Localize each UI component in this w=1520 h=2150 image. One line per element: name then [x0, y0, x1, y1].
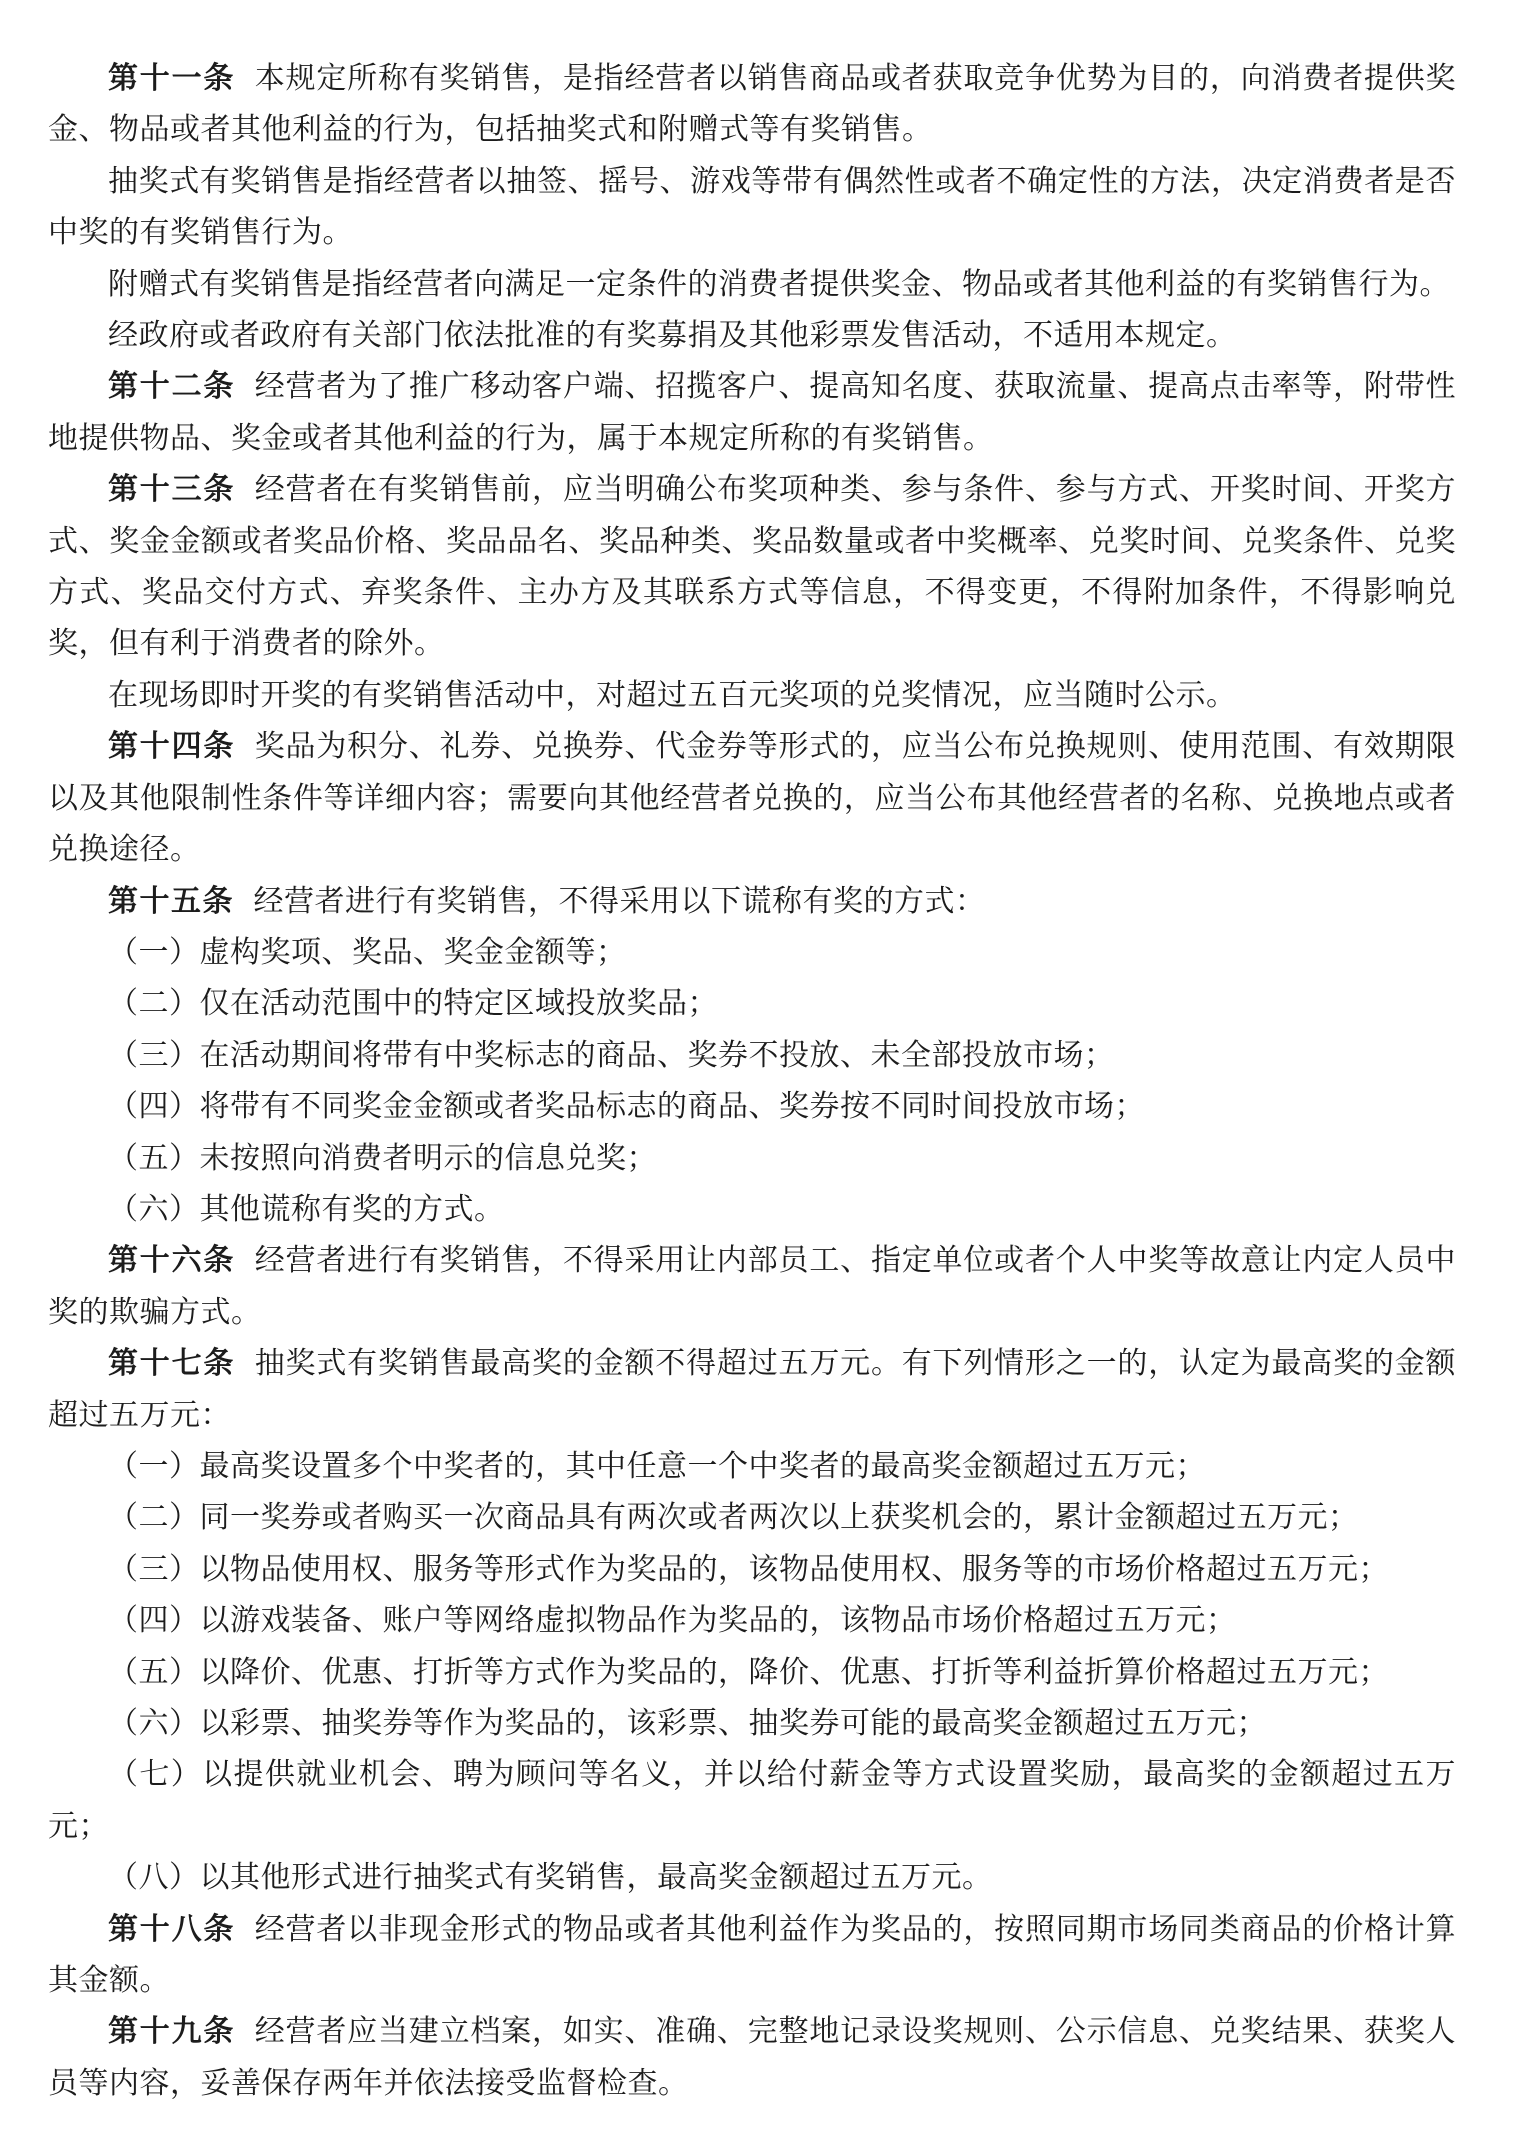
paragraph-text: （一）最高奖设置多个中奖者的，其中任意一个中奖者的最高奖金额超过五万元；: [108, 1450, 1206, 1483]
list-item-paragraph: （六）以彩票、抽奖券等作为奖品的，该彩票、抽奖券可能的最高奖金额超过五万元；: [48, 1698, 1456, 1749]
list-item-paragraph: （四）以游戏装备、账户等网络虚拟物品作为奖品的，该物品市场价格超过五万元；: [48, 1595, 1456, 1646]
article-number: 第十二条: [108, 370, 235, 403]
article-paragraph: 第十九条经营者应当建立档案，如实、准确、完整地记录设奖规则、公示信息、兑奖结果、…: [48, 2006, 1456, 2109]
article-paragraph: 第十三条经营者在有奖销售前，应当明确公布奖项种类、参与条件、参与方式、开奖时间、…: [48, 464, 1456, 670]
list-item-paragraph: （一）最高奖设置多个中奖者的，其中任意一个中奖者的最高奖金额超过五万元；: [48, 1441, 1456, 1492]
article-number: 第十四条: [108, 730, 235, 763]
article-number: 第十三条: [108, 473, 235, 506]
list-item-paragraph: （四）将带有不同奖金金额或者奖品标志的商品、奖券按不同时间投放市场；: [48, 1081, 1456, 1132]
document-page: 第十一条本规定所称有奖销售，是指经营者以销售商品或者获取竞争优势为目的，向消费者…: [0, 0, 1520, 2150]
paragraph-text: 抽奖式有奖销售最高奖的金额不得超过五万元。有下列情形之一的，认定为最高奖的金额超…: [48, 1347, 1456, 1431]
paragraph-text: 在现场即时开奖的有奖销售活动中，对超过五百元奖项的兑奖情况，应当随时公示。: [108, 679, 1237, 712]
paragraph-text: （一）虚构奖项、奖品、奖金金额等；: [108, 936, 627, 969]
article-paragraph: 第十六条经营者进行有奖销售，不得采用让内部员工、指定单位或者个人中奖等故意让内定…: [48, 1235, 1456, 1338]
paragraph-text: （七）以提供就业机会、聘为顾问等名义，并以给付薪金等方式设置奖励，最高奖的金额超…: [48, 1758, 1456, 1842]
list-item-paragraph: （八）以其他形式进行抽奖式有奖销售，最高奖金额超过五万元。: [48, 1852, 1456, 1903]
article-paragraph: 第十一条本规定所称有奖销售，是指经营者以销售商品或者获取竞争优势为目的，向消费者…: [48, 53, 1456, 156]
paragraph-text: （二）同一奖券或者购买一次商品具有两次或者两次以上获奖机会的，累计金额超过五万元…: [108, 1501, 1359, 1534]
list-item-paragraph: （五）未按照向消费者明示的信息兑奖；: [48, 1133, 1456, 1184]
article-number: 第十一条: [108, 62, 235, 95]
paragraph-text: 本规定所称有奖销售，是指经营者以销售商品或者获取竞争优势为目的，向消费者提供奖金…: [48, 62, 1456, 146]
list-item-paragraph: （一）虚构奖项、奖品、奖金金额等；: [48, 927, 1456, 978]
paragraph-text: 经政府或者政府有关部门依法批准的有奖募捐及其他彩票发售活动，不适用本规定。: [108, 319, 1237, 352]
paragraph-text: （四）将带有不同奖金金额或者奖品标志的商品、奖券按不同时间投放市场；: [108, 1090, 1145, 1123]
document-body: 第十一条本规定所称有奖销售，是指经营者以销售商品或者获取竞争优势为目的，向消费者…: [48, 53, 1456, 2109]
paragraph-text: （四）以游戏装备、账户等网络虚拟物品作为奖品的，该物品市场价格超过五万元；: [108, 1604, 1237, 1637]
article-paragraph: 第十二条经营者为了推广移动客户端、招揽客户、提高知名度、获取流量、提高点击率等，…: [48, 361, 1456, 464]
article-number: 第十八条: [108, 1913, 235, 1946]
paragraph-text: （二）仅在活动范围中的特定区域投放奖品；: [108, 987, 718, 1020]
article-paragraph: 第十七条抽奖式有奖销售最高奖的金额不得超过五万元。有下列情形之一的，认定为最高奖…: [48, 1338, 1456, 1441]
paragraph-text: （三）在活动期间将带有中奖标志的商品、奖券不投放、未全部投放市场；: [108, 1039, 1115, 1072]
article-number: 第十九条: [108, 2015, 235, 2048]
article-number: 第十六条: [108, 1244, 235, 1277]
paragraph-text: 奖品为积分、礼券、兑换券、代金券等形式的，应当公布兑换规则、使用范围、有效期限以…: [48, 730, 1456, 866]
list-item-paragraph: （五）以降价、优惠、打折等方式作为奖品的，降价、优惠、打折等利益折算价格超过五万…: [48, 1647, 1456, 1698]
paragraph-text: 经营者在有奖销售前，应当明确公布奖项种类、参与条件、参与方式、开奖时间、开奖方式…: [48, 473, 1456, 660]
paragraph-text: （八）以其他形式进行抽奖式有奖销售，最高奖金额超过五万元。: [108, 1861, 993, 1894]
body-paragraph: 抽奖式有奖销售是指经营者以抽签、摇号、游戏等带有偶然性或者不确定性的方法，决定消…: [48, 156, 1456, 259]
list-item-paragraph: （三）以物品使用权、服务等形式作为奖品的，该物品使用权、服务等的市场价格超过五万…: [48, 1544, 1456, 1595]
paragraph-text: 经营者进行有奖销售，不得采用让内部员工、指定单位或者个人中奖等故意让内定人员中奖…: [48, 1244, 1456, 1328]
paragraph-text: 抽奖式有奖销售是指经营者以抽签、摇号、游戏等带有偶然性或者不确定性的方法，决定消…: [48, 165, 1456, 249]
paragraph-text: 附赠式有奖销售是指经营者向满足一定条件的消费者提供奖金、物品或者其他利益的有奖销…: [108, 268, 1450, 301]
list-item-paragraph: （二）同一奖券或者购买一次商品具有两次或者两次以上获奖机会的，累计金额超过五万元…: [48, 1492, 1456, 1543]
list-item-paragraph: （七）以提供就业机会、聘为顾问等名义，并以给付薪金等方式设置奖励，最高奖的金额超…: [48, 1749, 1456, 1852]
article-number: 第十五条: [108, 885, 234, 918]
paragraph-text: 经营者为了推广移动客户端、招揽客户、提高知名度、获取流量、提高点击率等，附带性地…: [48, 370, 1456, 454]
article-number: 第十七条: [108, 1347, 235, 1380]
paragraph-text: （五）未按照向消费者明示的信息兑奖；: [108, 1142, 657, 1175]
paragraph-text: （三）以物品使用权、服务等形式作为奖品的，该物品使用权、服务等的市场价格超过五万…: [108, 1553, 1389, 1586]
list-item-paragraph: （六）其他谎称有奖的方式。: [48, 1184, 1456, 1235]
article-paragraph: 第十五条经营者进行有奖销售，不得采用以下谎称有奖的方式：: [48, 876, 1456, 927]
body-paragraph: 附赠式有奖销售是指经营者向满足一定条件的消费者提供奖金、物品或者其他利益的有奖销…: [48, 259, 1456, 310]
list-item-paragraph: （二）仅在活动范围中的特定区域投放奖品；: [48, 978, 1456, 1029]
body-paragraph: 经政府或者政府有关部门依法批准的有奖募捐及其他彩票发售活动，不适用本规定。: [48, 310, 1456, 361]
body-paragraph: 在现场即时开奖的有奖销售活动中，对超过五百元奖项的兑奖情况，应当随时公示。: [48, 670, 1456, 721]
article-paragraph: 第十四条奖品为积分、礼券、兑换券、代金券等形式的，应当公布兑换规则、使用范围、有…: [48, 721, 1456, 875]
paragraph-text: 经营者进行有奖销售，不得采用以下谎称有奖的方式：: [254, 885, 986, 918]
list-item-paragraph: （三）在活动期间将带有中奖标志的商品、奖券不投放、未全部投放市场；: [48, 1030, 1456, 1081]
paragraph-text: 经营者应当建立档案，如实、准确、完整地记录设奖规则、公示信息、兑奖结果、获奖人员…: [48, 2015, 1456, 2099]
paragraph-text: 经营者以非现金形式的物品或者其他利益作为奖品的，按照同期市场同类商品的价格计算其…: [48, 1913, 1456, 1997]
paragraph-text: （六）以彩票、抽奖券等作为奖品的，该彩票、抽奖券可能的最高奖金额超过五万元；: [108, 1707, 1267, 1740]
paragraph-text: （六）其他谎称有奖的方式。: [108, 1193, 505, 1226]
paragraph-text: （五）以降价、优惠、打折等方式作为奖品的，降价、优惠、打折等利益折算价格超过五万…: [108, 1656, 1389, 1689]
article-paragraph: 第十八条经营者以非现金形式的物品或者其他利益作为奖品的，按照同期市场同类商品的价…: [48, 1904, 1456, 2007]
